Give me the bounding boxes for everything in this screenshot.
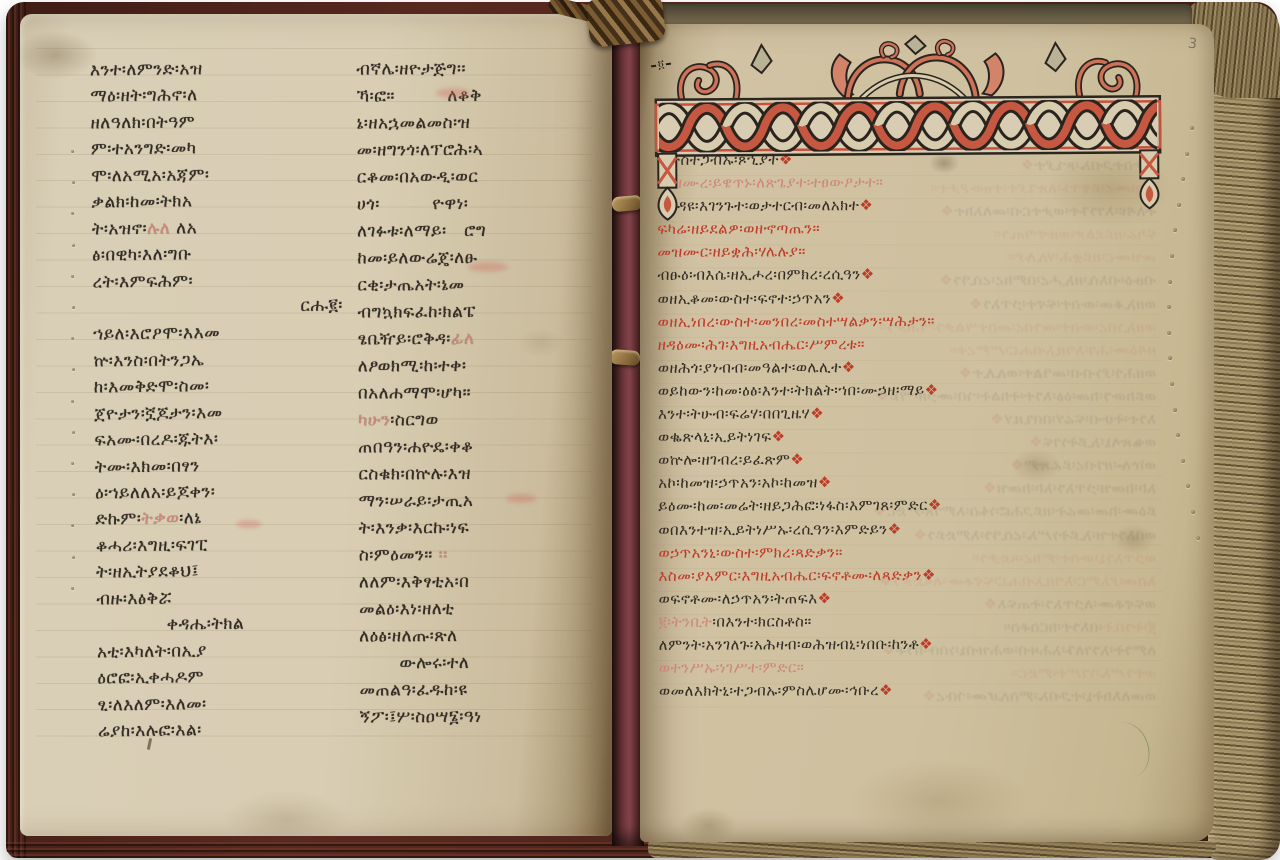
- text-line: ርቆመ፡በአውዲ፡ወር: [357, 163, 571, 191]
- text-line: ረት፡እምፍሕም፡: [92, 266, 342, 295]
- text-segment: ዕሮፎ፡ኢቀሓዶም: [97, 667, 204, 688]
- text-segment: ትቃወ: [141, 509, 179, 529]
- text-line: ጀዮታን፡ኟጆታን፡እመ: [94, 398, 344, 427]
- pricking-hole: [1190, 126, 1194, 130]
- pricking-hole: [71, 587, 74, 590]
- text-segment: ወዘኢቆመ፡ውስተ፡ፍኖተ፡ኃጥአን: [658, 289, 832, 308]
- text-segment: ሀጎ፡ ዮዋነ፡: [357, 194, 468, 215]
- left-page-column-2: ብኛሌ፡ዘዮታጅግ፡፡ኻ፡ፎ። ለቆቅኔ፡ዘአኋመልመስ፡ዝመ፡ዘግንጎ፡ለፕሮ…: [356, 55, 574, 731]
- pricking-hole: [1177, 203, 1181, 207]
- text-segment: መ፡ዘግንጎ፡ለፕሮሕ፡ኣ: [357, 140, 483, 161]
- sewing-knot: [611, 195, 642, 213]
- text-segment: ከመ፡ይለውሬጄ፡ለፁ: [357, 248, 477, 269]
- text-line: ማዕ፡ዘት፡ግሕኖ፡ለ: [90, 81, 340, 110]
- text-segment: ጠበዓን፡ሐዮዴ፡ቀቆ: [358, 437, 473, 458]
- text-line: ፄቤዥይ፡ሮቅዳ፡ፊለ: [358, 325, 572, 353]
- pricking-hole: [1191, 510, 1195, 514]
- tail-edge-page-stack: [648, 841, 1216, 858]
- text-segment: ፡በእንተ፡ክርስቶስ።: [712, 612, 811, 630]
- text-line: ኝፖ፡፤ሦ፡ስዐሣ፮፡ዓነ: [360, 703, 574, 731]
- text-line: ርስቁክ፡በኵሉ፡እዝ: [358, 460, 572, 488]
- headpiece-ornament: [647, 32, 1172, 222]
- text-line: ፍአሙ፡በረዶ፡ጁትእ፡: [94, 425, 344, 454]
- text-line: መልዕ፡እነ፡ዘለቲ: [359, 595, 573, 623]
- text-segment: ይዕሙ፡ከመ፡መሬት፡ዘይጋሕፎ፡ነፋስ፡እምገጸ፡ምድር: [658, 496, 928, 515]
- text-line: በአለሐማሞ፡ሆካ።: [358, 379, 572, 407]
- faded-red-smudge: [236, 520, 262, 528]
- text-segment: አቲ፡እካለት፡በኢያ: [97, 641, 207, 662]
- text-segment: እንተ፡ትሁብ፡ፍሬሃ፡በበጊዜሃ: [658, 404, 810, 423]
- text-segment: ዕ፡ኀይለለአ፡ይጆቀን፡: [95, 482, 215, 503]
- text-segment: ወኵሎ፡ዘገብረ፡ይፈጽም: [658, 451, 790, 469]
- text-segment: ለምንት፡አንገለጉ፡አሕዛብ፡ወሕዝብኒ፡ነበቡ፡ከንቶ: [659, 635, 920, 654]
- text-line: ድኩም፡ትቃወ፡ለኔ: [95, 504, 345, 533]
- text-line: ዕሮፎ፡ኢቀሓዶም: [97, 663, 347, 692]
- pricking-hole: [71, 400, 74, 403]
- fore-edge-page-stack: [1208, 64, 1280, 860]
- text-line: ለለም፡እቅፃቲአ፡በ: [359, 568, 573, 596]
- text-segment: ስ፡ምዕመን።: [359, 545, 433, 565]
- text-segment: እንተ፡ለምንድ፡አዝ: [90, 59, 203, 80]
- text-segment: ወመለእክትኒ፡ተጋብኡ፡ምስሌሆሙ፡ኅቡረ: [659, 681, 879, 700]
- text-segment: በአለሐማሞ፡ሆካ።: [358, 383, 471, 404]
- text-segment: ❖: [810, 404, 824, 422]
- text-segment: ❖: [861, 266, 875, 284]
- text-segment: ወፍኖቶሙ፡ለኃጥአን፡ትጠፍእ: [659, 589, 818, 608]
- text-line: ርሑ፪፡: [93, 292, 343, 321]
- right-page-text-block: ወታስተጋብኡ፡ጾኂያተ❖መዝሙረ፡ይዌጥኑ፡ለጽጌያተ፡ተፀውዖታተ።ትለዳዩ…: [657, 147, 1157, 703]
- text-segment: ብግኳክፍፈከ፡ክልፔ: [358, 302, 476, 323]
- text-line: አቲ፡እካለት፡በኢያ: [97, 636, 347, 665]
- text-line: ፅ፡በዊካ፡እለ፡ግቡ: [92, 240, 342, 269]
- text-segment: ለገፉቱ፡ለማይ፡ ሮግ: [357, 221, 486, 242]
- text-segment: ሞ፡ለአሚአ፡አጃም፡: [91, 165, 209, 186]
- text-line: ቀዳሔ፡ትክል: [97, 610, 347, 639]
- text-segment: ርቂ፡ታጤአት፡ኔመ: [357, 275, 464, 296]
- text-segment: ኝፖ፡፤ሦ፡ስዐሣ፮፡ዓነ: [360, 707, 482, 728]
- text-line: ብግኳክፍፈከ፡ክልፔ: [358, 298, 572, 326]
- text-segment: ወቈጽላኒ፡ኢይትነገፍ: [658, 428, 772, 446]
- text-line: ለገፉቱ፡ለማይ፡ ሮግ: [357, 217, 571, 245]
- text-line: ወበእንተዝ፡ኢይትነሥኡ፡ረሲዓን፡እምድይን❖: [658, 517, 1156, 542]
- text-line: ወመለእክትኒ፡ተጋብኡ፡ምስሌሆሙ፡ኅቡረ❖: [659, 678, 1157, 703]
- text-segment: ❖: [928, 496, 942, 514]
- text-line: ብዙ፡እፅቅሯ: [96, 583, 346, 612]
- text-segment: ፂ፡ለእለም፡እለመ፡: [98, 694, 207, 715]
- headpiece-pendant-left: [658, 154, 676, 220]
- text-segment: ሉለ: [147, 218, 176, 238]
- text-segment: መጠልዓ፡ፈዱከ፡ዩ: [360, 680, 468, 701]
- faded-red-smudge: [506, 494, 536, 503]
- text-segment: ኀይለ፡እሮዖሞ፡እእመ: [93, 323, 220, 345]
- text-segment: ጀዮታን፡ኟጆታን፡እመ: [94, 403, 223, 425]
- text-line: ለፆወክሚ፡ከ፡ተቀ፡: [358, 352, 572, 380]
- text-segment: ኵ፡እንስ፡በትንጋኤ: [93, 350, 204, 371]
- text-segment: ❖: [818, 474, 832, 492]
- pricking-hole: [72, 431, 75, 434]
- text-segment: ወዘኢነበረ፡ውስተ፡መንበረ፡መስተሣልቃን፡ሣሕታን።: [658, 312, 935, 331]
- text-line: ቃልክ፡ከመ፡ትክአ: [91, 187, 341, 216]
- text-segment: ወዘሕጎ፡ያነብብ፡መዓልተ፡ወሌሊተ: [658, 358, 842, 377]
- text-segment: ❖: [831, 289, 845, 307]
- text-line: ወኃጥአንኒ፡ውስተ፡ምክረ፡ጻድቃን።: [658, 540, 1156, 565]
- text-segment: ❖: [818, 589, 832, 607]
- headpiece-braid-band: [650, 96, 1173, 156]
- text-segment: መልዕ፡እነ፡ዘለቲ: [359, 599, 454, 619]
- text-line: ዘዳዕሙ፡ሕገ፡እግዚአብሔር፡ሥምረቱ።: [658, 332, 1156, 357]
- text-segment: ማን፡ሠራይ፡ታጢአ: [359, 491, 474, 512]
- text-segment: ፡ለኔ: [179, 509, 201, 529]
- sewing-knot: [610, 349, 641, 366]
- text-segment: ኔ፡ዘአኋመልመስ፡ዝ: [357, 113, 471, 134]
- text-line: ወዘኢቆመ፡ውስተ፡ፍኖተ፡ኃጥአን❖: [658, 286, 1156, 311]
- left-page-column-1: እንተ፡ለምንድ፡አዝማዕ፡ዘት፡ግሕኖ፡ለዘለዓለክ፡በትዓምም፡ተአንግድ፡…: [90, 54, 348, 744]
- pricking-hole: [71, 462, 74, 465]
- text-segment: ፄቤዥይ፡ሮቅዳ፡: [358, 329, 451, 349]
- pricking-hole: [1167, 331, 1171, 335]
- text-segment: ለዕፅ፡ዘለጡ፡ጽለ: [359, 626, 457, 647]
- text-line: ለዕፅ፡ዘለጡ፡ጽለ: [359, 622, 573, 650]
- text-segment: ፊለ: [451, 329, 475, 349]
- text-segment: ካሁን: [358, 410, 390, 430]
- endband-braid: [586, 0, 667, 48]
- text-line: ርቂ፡ታጤአት፡ኔመ: [357, 271, 571, 299]
- pricking-hole: [72, 244, 75, 247]
- pricking-hole: [72, 556, 75, 559]
- text-line: ወዘኢነበረ፡ውስተ፡መንበረ፡መስተሣልቃን፡ሣሕታን።: [658, 309, 1156, 334]
- text-line: ወቈጽላኒ፡ኢይትነገፍ❖: [658, 424, 1156, 449]
- text-line: ኵ፡እንስ፡በትንጋኤ: [93, 345, 343, 374]
- text-segment: ቆሓሪ፡እግዚ፡ፍገፒ: [96, 535, 208, 556]
- text-segment: ፡ስርግወ: [390, 410, 438, 430]
- text-line: ማን፡ሠራይ፡ታጢአ: [358, 487, 572, 515]
- text-line: መ፡ዘግንጎ፡ለፕሮሕ፡ኣ: [357, 136, 571, 164]
- text-line: ዕ፡ኀይለለአ፡ይጆቀን፡: [95, 477, 345, 506]
- pricking-hole: [1173, 408, 1177, 412]
- text-line: ከመ፡ይለውሬጄ፡ለፁ: [357, 244, 571, 272]
- text-segment: ት፡አዝኖ፡: [92, 218, 147, 239]
- quire-mark-dash: [651, 65, 656, 68]
- text-line: ወተንሥኡ፡ነገሥተ፡ምድር።: [659, 655, 1157, 680]
- text-segment: ❖: [925, 381, 939, 399]
- quire-mark-dash: [666, 63, 671, 66]
- text-line: ስ፡ምዕመን። ፡፡: [359, 541, 573, 569]
- text-line: እስመ፡ያአምር፡እግዚአብሔር፡ፍኖቶሙ፡ለጻድቃን❖: [658, 563, 1156, 588]
- text-segment: ረት፡እምፍሕም፡: [92, 271, 193, 292]
- text-segment: ለአ: [176, 218, 197, 238]
- text-segment: ቃልክ፡ከመ፡ትክአ: [91, 191, 192, 212]
- text-line: ሬያከ፡እሉፎ፡እል፡: [98, 715, 348, 744]
- text-line: ት፡ዘኢትያደቆህ፤: [96, 557, 346, 586]
- pricking-hole: [1185, 152, 1189, 156]
- text-line: ት፡እንቃ፡እርኩ፡ነፍ: [359, 514, 573, 542]
- pricking-hole: [71, 275, 74, 278]
- text-segment: ርስቁክ፡በኵሉ፡እዝ: [358, 464, 471, 485]
- text-segment: ም፡ተአንግድ፡መካ: [91, 139, 197, 160]
- text-line: ከ፡እመቅድሞ፡ስመ፡: [94, 372, 344, 401]
- text-segment: ለለም፡እቅፃቲአ፡በ: [359, 572, 469, 593]
- text-segment: ፅ፡በዊካ፡እለ፡ግቡ: [92, 244, 192, 265]
- text-line: ጠበዓን፡ሐዮዴ፡ቀቆ: [358, 433, 572, 461]
- text-segment: አኮ፡ከመዝ፡ኃጥአን፡አኮ፡ከመዝ: [658, 474, 818, 493]
- pricking-hole: [71, 150, 74, 153]
- text-line: ወዘሕጎ፡ያነብብ፡መዓልተ፡ወሌሊተ❖: [658, 355, 1156, 380]
- text-segment: ብኛሌ፡ዘዮታጅግ፡፡: [356, 59, 466, 80]
- text-line: ብፁዕ፡ብእሴ፡ዘኢሖረ፡በምክረ፡ረሲዓን❖: [657, 263, 1155, 288]
- text-segment: ወተንሥኡ፡ነገሥተ፡ምድር።: [659, 658, 805, 677]
- faded-red-smudge: [436, 88, 470, 98]
- text-segment: ወይከውን፡ከመ፡ዕፅ፡እንተ፡ትክልት፡ኀበ፡ሙኃዘ፡ማይ: [658, 381, 925, 400]
- text-segment: ርሑ፪፡: [300, 295, 343, 316]
- quire-mark-glyph: ፬: [657, 58, 665, 72]
- text-line: ሞ፡ለአሚአ፡አጃም፡: [91, 160, 341, 189]
- text-segment: እስመ፡ያአምር፡እግዚአብሔር፡ፍኖቶሙ፡ለጻድቃን: [658, 566, 922, 585]
- text-segment: ት፡እንቃ፡እርኩ፡ነፍ: [359, 518, 470, 539]
- manuscript-photo: ወታስተጋብኡ፡ጾኂያተ❖መዝሙረ፡ይዌጥኑ፡ለጽጌያተ፡ተፀውዖታተ።ትለዳዩ…: [0, 0, 1280, 860]
- text-line: ት፡አዝኖ፡ሉለ ለአ: [92, 213, 342, 242]
- text-segment: ቀዳሔ፡ትክል: [167, 614, 245, 635]
- text-line: ብኛሌ፡ዘዮታጅግ፡፡: [356, 55, 570, 83]
- text-line: ቆሓሪ፡እግዚ፡ፍገፒ: [96, 530, 346, 559]
- text-segment: ከ፡እመቅድሞ፡ስመ፡: [94, 376, 210, 397]
- text-segment: ❖: [888, 520, 902, 538]
- text-segment: ትሙ፡እክመ፡በፃን: [95, 456, 200, 477]
- pricking-hole: [1170, 382, 1174, 386]
- text-line: ካሁን፡ስርግወ: [358, 406, 572, 434]
- text-line: መጠልዓ፡ፈዱከ፡ዩ: [359, 676, 573, 704]
- text-line: ፪፡ትንቢት፡በእንተ፡ክርስቶስ።: [659, 609, 1157, 634]
- text-line: ወኵሎ፡ዘገብረ፡ይፈጽም❖: [658, 447, 1156, 472]
- text-line: ትሙ፡እክመ፡በፃን: [95, 451, 345, 480]
- text-line: ወይከውን፡ከመ፡ዕፅ፡እንተ፡ትክልት፡ኀበ፡ሙኃዘ፡ማይ❖: [658, 378, 1156, 403]
- faded-red-smudge: [468, 262, 508, 272]
- text-line: ለምንት፡አንገለጉ፡አሕዛብ፡ወሕዝብኒ፡ነበቡ፡ከንቶ❖: [659, 632, 1157, 657]
- text-segment: ለፆወክሚ፡ከ፡ተቀ፡: [358, 356, 467, 377]
- text-segment: ❖: [922, 566, 936, 584]
- text-segment: ❖: [919, 635, 933, 653]
- text-line: ዘለዓለክ፡በትዓም: [90, 107, 340, 136]
- headpiece-scrolls: [680, 34, 1137, 99]
- text-segment: መዝሙር፡ዘይቋሕ፡ሃሌሉያ።: [657, 243, 806, 262]
- text-line: ኔ፡ዘአኋመልመስ፡ዝ: [357, 109, 571, 137]
- text-line: ኀይለ፡እሮዖሞ፡እእመ: [93, 319, 343, 348]
- text-segment: ❖: [842, 358, 856, 376]
- text-segment: ወኃጥአንኒ፡ውስተ፡ምክረ፡ጻድቃን።: [658, 543, 842, 562]
- text-line: ይዕሙ፡ከመ፡መሬት፡ዘይጋሕፎ፡ነፋስ፡እምገጸ፡ምድር❖: [658, 494, 1156, 519]
- text-line: ሀጎ፡ ዮዋነ፡: [357, 190, 571, 218]
- text-segment: ❖: [772, 428, 786, 446]
- text-segment: ፍካሬ፡ዘይደልዎ፡ወዘኆጣጤን።: [657, 220, 820, 239]
- text-line: አኮ፡ከመዝ፡ኃጥአን፡አኮ፡ከመዝ❖: [658, 470, 1156, 495]
- text-line: ውሎሩ፡ተለ: [359, 649, 573, 677]
- text-segment: ❖: [790, 451, 804, 469]
- text-segment: ት፡ዘኢትያደቆህ፤: [96, 562, 199, 583]
- text-segment: ውሎሩ፡ተለ: [399, 653, 469, 673]
- pricking-hole: [1181, 459, 1185, 463]
- text-segment: ማዕ፡ዘት፡ግሕኖ፡ለ: [90, 86, 198, 107]
- text-segment: ዘዳዕሙ፡ሕገ፡እግዚአብሔር፡ሥምረቱ።: [658, 335, 865, 354]
- text-segment: ፍአሙ፡በረዶ፡ጁትእ፡: [94, 429, 218, 451]
- headpiece-pendant-right: [1140, 150, 1158, 208]
- text-line: ም፡ተአንግድ፡መካ: [91, 134, 341, 163]
- text-segment: ዘለዓለክ፡በትዓም: [90, 112, 195, 133]
- text-segment: ድኩም፡: [95, 509, 141, 530]
- text-segment: ወበእንተዝ፡ኢይትነሥኡ፡ረሲዓን፡እምድይን: [658, 520, 887, 539]
- text-segment: ፪፡ትንቢት: [659, 613, 713, 631]
- text-segment: ❖: [879, 681, 893, 699]
- text-line: ወፍኖቶሙ፡ለኃጥአን፡ትጠፍእ❖: [659, 586, 1157, 611]
- text-line: ፂ፡ለእለም፡እለመ፡: [98, 689, 348, 718]
- text-segment: ብዙ፡እፅቅሯ: [96, 588, 172, 609]
- text-segment: ርቆመ፡በአውዲ፡ወር: [357, 167, 479, 188]
- text-segment: ፡፡: [433, 545, 448, 565]
- pricking-hole: [72, 306, 75, 309]
- text-line: እንተ፡ትሁብ፡ፍሬሃ፡በበጊዜሃ❖: [658, 401, 1156, 426]
- text-line: እንተ፡ለምንድ፡አዝ: [90, 54, 340, 83]
- text-line: መዝሙር፡ዘይቋሕ፡ሃሌሉያ።: [657, 240, 1155, 265]
- text-segment: ብፁዕ፡ብእሴ፡ዘኢሖረ፡በምክረ፡ረሲዓን: [657, 266, 860, 285]
